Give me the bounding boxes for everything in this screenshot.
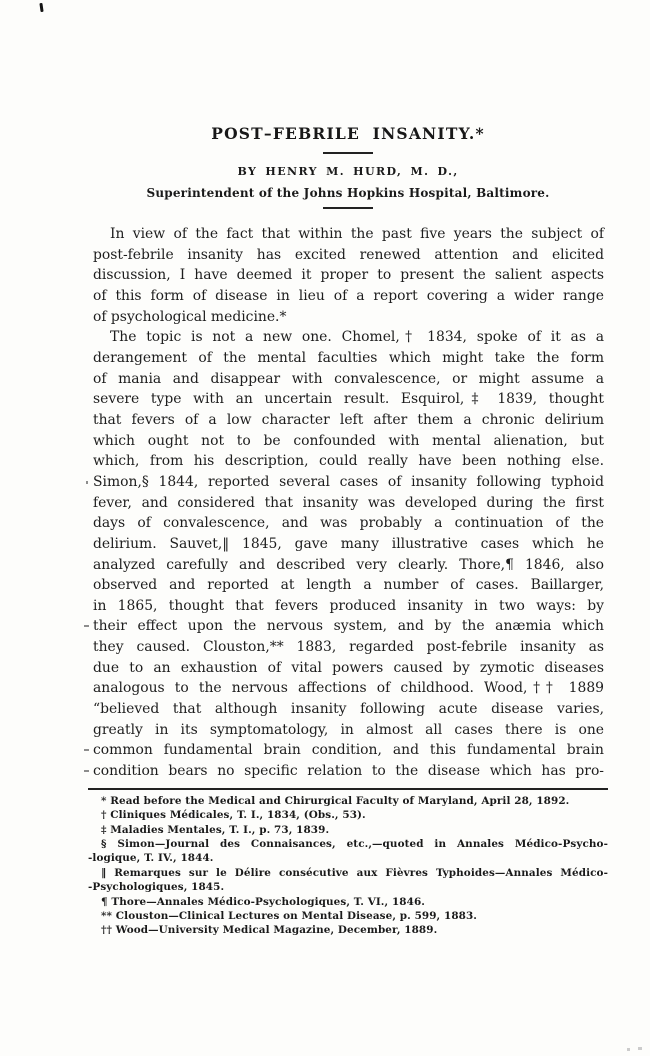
footnote-line: † Cliniques Médicales, T. I., 1834, (Obs…	[88, 808, 608, 822]
page-content: POST–FEBRILE INSANITY.* BY HENRY M. HURD…	[88, 0, 608, 938]
body-line: of mania and disappear with convalescenc…	[93, 369, 604, 390]
body-line: analyzed carefully and described very cl…	[93, 555, 604, 576]
scan-artifact	[84, 749, 89, 751]
body-line: post-febrile insanity has excited renewe…	[93, 245, 604, 266]
body-line: discussion, I have deemed it proper to p…	[93, 265, 604, 286]
body-line: which, from his description, could reall…	[93, 451, 604, 472]
affiliation: Superintendent of the Johns Hopkins Hosp…	[88, 186, 608, 200]
body-line: days of convalescence, and was probably …	[93, 513, 604, 534]
body-line: common fundamental brain condition, and …	[93, 740, 604, 761]
body-line: fever, and considered that insanity was …	[93, 493, 604, 514]
article-body: In view of the fact that within the past…	[88, 224, 608, 782]
scan-artifact	[84, 625, 89, 627]
footnote-line: * Read before the Medical and Chirurgica…	[88, 794, 608, 808]
body-line: which ought not to be confounded with me…	[93, 431, 604, 452]
body-line: derangement of the mental faculties whic…	[93, 348, 604, 369]
footnote-separator	[88, 788, 608, 790]
scan-speck	[627, 1048, 630, 1051]
byline: BY HENRY M. HURD, M. D.,	[88, 165, 608, 178]
body-line: Simon,§ 1844, reported several cases of …	[93, 472, 604, 493]
footnote-line: ** Clouston—Clinical Lectures on Mental …	[88, 909, 608, 923]
body-line: analogous to the nervous affections of c…	[93, 678, 604, 699]
footnote-line: § Simon—Journal des Connaisances, etc.,—…	[88, 837, 608, 851]
footnote-line: ‖ Remarques sur le Délire consécutive au…	[88, 866, 608, 880]
body-line: The topic is not a new one. Chomel,† 183…	[93, 327, 604, 348]
body-line: their effect upon the nervous system, an…	[93, 616, 604, 637]
body-line: observed and reported at length a number…	[93, 575, 604, 596]
scan-speck	[638, 1047, 642, 1050]
body-line: In view of the fact that within the past…	[93, 224, 604, 245]
body-line: severe type with an uncertain result. Es…	[93, 389, 604, 410]
body-line: that fevers of a low character left afte…	[93, 410, 604, 431]
scanned-page: { "header": { "title": "POST–FEBRILE INS…	[0, 0, 650, 1056]
page-title: POST–FEBRILE INSANITY.*	[88, 124, 608, 144]
footnote-line: -logique, T. IV., 1844.	[88, 851, 608, 865]
ornament-rule-top	[323, 152, 373, 154]
footnote-line: ‡ Maladies Mentales, T. I., p. 73, 1839.	[88, 823, 608, 837]
scan-artifact	[86, 481, 88, 484]
body-line: of psychological medicine.*	[93, 307, 604, 328]
body-line: greatly in its symptomatology, in almost…	[93, 720, 604, 741]
footnote-line: †† Wood—University Medical Magazine, Dec…	[88, 923, 608, 937]
footnote-line: -Psychologiques, 1845.	[88, 880, 608, 894]
body-line: of this form of disease in lieu of a rep…	[93, 286, 604, 307]
body-line: “believed that although insanity followi…	[93, 699, 604, 720]
body-line: delirium. Sauvet,‖ 1845, gave many illus…	[93, 534, 604, 555]
ink-blot-artifact	[39, 3, 43, 12]
body-line: in 1865, thought that fevers produced in…	[93, 596, 604, 617]
footnotes: * Read before the Medical and Chirurgica…	[88, 794, 608, 938]
scan-artifact	[84, 770, 89, 772]
ornament-rule-bottom	[323, 207, 373, 209]
footnote-line: ¶ Thore—Annales Médico-Psychologiques, T…	[88, 895, 608, 909]
body-line: due to an exhaustion of vital powers cau…	[93, 658, 604, 679]
body-line: condition bears no specific relation to …	[93, 761, 604, 782]
body-line: they caused. Clouston,** 1883, regarded …	[93, 637, 604, 658]
